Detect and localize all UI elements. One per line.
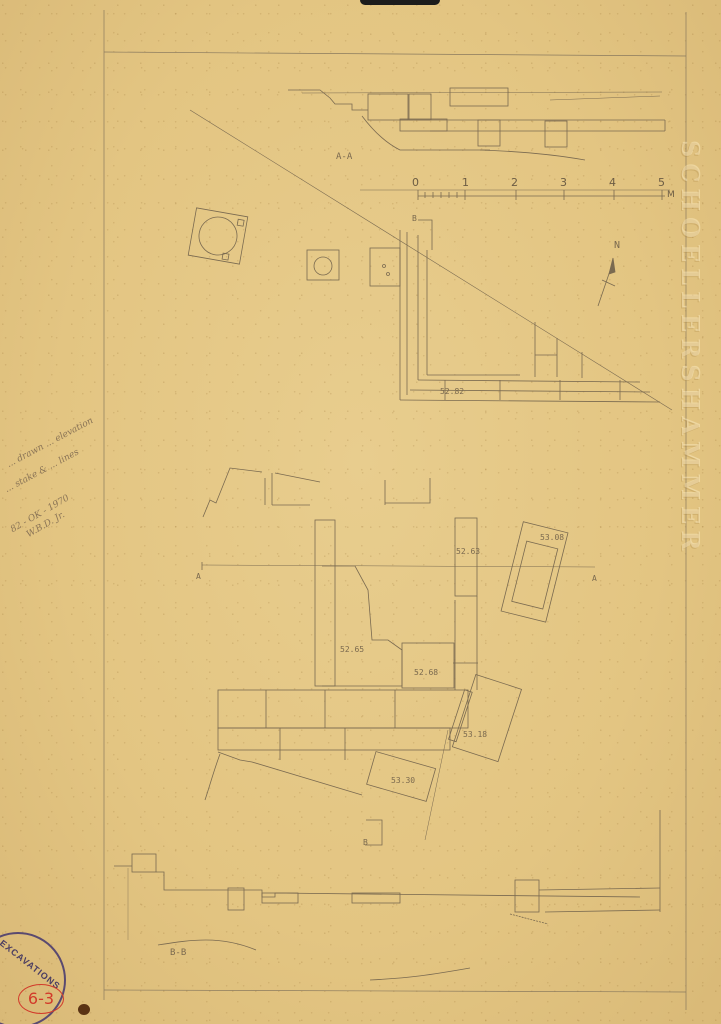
ink-blot	[78, 1004, 90, 1015]
elevation-south-block: 53.30	[391, 776, 415, 785]
scale-tick-2: 2	[511, 176, 518, 189]
cut-marker-b-top: B	[412, 214, 417, 223]
north-label: N	[614, 240, 620, 251]
section-b-b	[114, 810, 660, 980]
scale-unit: M	[667, 190, 675, 200]
cut-marker-a-right: A	[592, 574, 597, 583]
section-a-a-label: A-A	[336, 152, 352, 162]
diagonal-guide-line	[190, 110, 672, 410]
scale-tick-1: 1	[462, 176, 469, 189]
elevation-upper-room: 52.65	[340, 645, 364, 654]
l-shaped-wall-plan	[400, 220, 660, 402]
column-base-small	[307, 250, 339, 280]
north-arrow-icon	[598, 258, 615, 306]
section-b-b-label: B-B	[170, 948, 186, 958]
cut-marker-b-bottom: B	[363, 838, 368, 847]
column-base-large	[188, 208, 248, 264]
section-a-a	[288, 88, 665, 160]
main-site-plan	[202, 468, 595, 845]
pier-block	[370, 248, 400, 286]
elevation-east-room: 52.63	[456, 547, 480, 556]
elevation-middle-room: 52.68	[414, 668, 438, 677]
sheet-border	[104, 10, 686, 1010]
elevation-ne-block: 53.08	[540, 533, 564, 542]
scale-tick-3: 3	[560, 176, 567, 189]
scale-bar	[360, 190, 670, 200]
architectural-drawing	[0, 0, 721, 1024]
elevation-se-block: 53.18	[463, 730, 487, 739]
scale-tick-5: 5	[658, 176, 665, 189]
cut-marker-a-left: A	[196, 572, 201, 581]
scale-tick-4: 4	[609, 176, 616, 189]
elevation-detail-plan: 52.82	[440, 387, 464, 396]
paper-watermark: SCHOELLERSHAMMER	[676, 140, 705, 556]
scale-tick-0: 0	[412, 176, 419, 189]
sheet-reference-number: 6-3	[18, 984, 64, 1014]
